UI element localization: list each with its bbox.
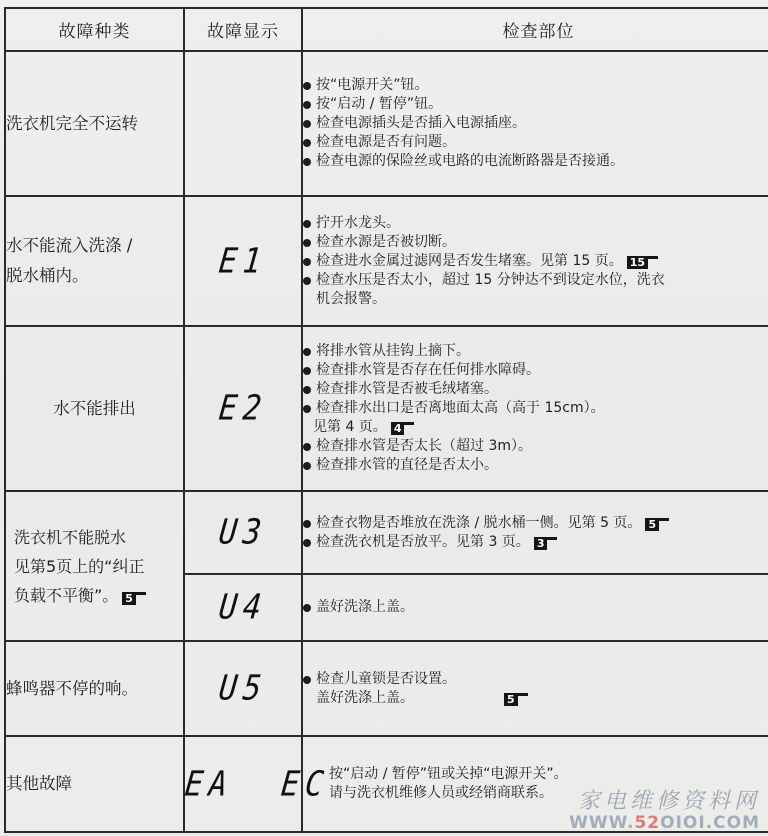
bullet-icon [303, 258, 311, 266]
check-item: 请与洗衣机维修人员或经销商联系。 [329, 784, 768, 803]
fault-code-cell: U4 [184, 574, 302, 641]
fault-type-cell: 其他故障 [5, 736, 184, 832]
check-item: 检查水源是否被切断。 [303, 233, 768, 252]
fault-type-text: 其他故障 [6, 774, 72, 793]
bullet-icon [303, 158, 311, 166]
fault-type-cell: 蜂鸣器不停的响。 [5, 641, 184, 736]
fault-type-text: 见第5页上的“纠正 [14, 552, 183, 581]
header-fault-display: 故障显示 [184, 8, 302, 51]
table-row: 水不能排出 E2 将排水管从挂钩上摘下。 检查排水管是否存在任何排水障碍。 检查… [5, 326, 768, 491]
fault-code: U5 [217, 668, 269, 708]
fault-type-cell: 水不能流入洗涤 / 脱水桶内。 [5, 196, 184, 326]
check-item: 按“启动 / 暂停”钮。 [303, 95, 768, 114]
fault-code-cell: U5 [184, 641, 302, 736]
fault-type-text: 洗衣机不能脱水 [14, 523, 183, 552]
check-item: 检查电源是否有问题。 [303, 133, 768, 152]
fault-code-cell: E2 [184, 326, 302, 491]
page-reference-icon: 4 [391, 422, 405, 435]
table-row: 水不能流入洗涤 / 脱水桶内。 E1 拧开水龙头。 检查水源是否被切断。 检查进… [5, 196, 768, 326]
header-check-points: 检查部位 [302, 8, 768, 51]
bullet-icon [303, 386, 311, 394]
fault-type-cell: 水不能排出 [5, 326, 184, 491]
bullet-icon [303, 239, 311, 247]
bullet-icon [303, 277, 311, 285]
header-fault-type: 故障种类 [5, 8, 184, 51]
bullet-icon [303, 367, 311, 375]
troubleshooting-table: 故障种类 故障显示 检查部位 洗衣机完全不运转 按“电源开关”钮。 按“启动 /… [4, 7, 768, 833]
bullet-icon [303, 120, 311, 128]
bullet-icon [303, 604, 311, 612]
check-item: 将排水管从挂钩上摘下。 [303, 342, 768, 361]
check-points-cell: 按“启动 / 暂停”钮或关掉“电源开关”。 请与洗衣机维修人员或经销商联系。 [302, 736, 768, 832]
bullet-icon [303, 520, 311, 528]
check-points-cell: 盖好洗涤上盖。 [302, 574, 768, 641]
page-reference-icon: 3 [534, 537, 548, 550]
fault-type-cell: 洗衣机不能脱水 见第5页上的“纠正 负载不平衡”。5 [5, 491, 184, 641]
table-row: 洗衣机完全不运转 按“电源开关”钮。 按“启动 / 暂停”钮。 检查电源插头是否… [5, 51, 768, 196]
bullet-icon [303, 405, 311, 413]
check-item: 检查水压是否太小，超过 15 分钟达不到设定水位，洗衣 [303, 271, 768, 290]
check-item-continuation: 见第 4 页。4 [303, 418, 768, 437]
check-item: 检查洗衣机是否放平。见第 3 页。3 [303, 533, 768, 552]
fault-code-cell: U3 [184, 491, 302, 574]
check-item: 检查排水管是否存在任何排水障碍。 [303, 361, 768, 380]
table-row: 其他故障 EA EC 按“启动 / 暂停”钮或关掉“电源开关”。 请与洗衣机维修… [5, 736, 768, 832]
fault-code-cell: EA EC [184, 736, 302, 832]
check-points-cell: 检查儿童锁是否设置。 盖好洗涤上盖。5 [302, 641, 768, 736]
check-item: 检查儿童锁是否设置。 [303, 670, 768, 689]
fault-code-cell [184, 51, 302, 196]
bullet-icon [303, 139, 311, 147]
fault-type-text: 水不能排出 [53, 399, 136, 418]
check-item: 检查排水出口是否离地面太高（高于 15cm）。 [303, 399, 768, 418]
check-item: 检查排水管是否太长（超过 3m）。 [303, 437, 768, 456]
check-points-cell: 将排水管从挂钩上摘下。 检查排水管是否存在任何排水障碍。 检查排水管是否被毛绒堵… [302, 326, 768, 491]
fault-type-cell: 洗衣机完全不运转 [5, 51, 184, 196]
fault-code: E2 [217, 388, 269, 428]
bullet-icon [303, 539, 311, 547]
fault-type-text: 负载不平衡”。5 [14, 581, 183, 610]
page-reference-icon: 5 [122, 592, 136, 605]
check-item: 检查进水金属过滤网是否发生堵塞。见第 15 页。15 [303, 252, 768, 271]
bullet-icon [303, 676, 311, 684]
table-row: 蜂鸣器不停的响。 U5 检查儿童锁是否设置。 盖好洗涤上盖。5 [5, 641, 768, 736]
bullet-icon [303, 462, 311, 470]
bullet-icon [303, 101, 311, 109]
page-reference-icon: 15 [627, 256, 648, 269]
bullet-icon [303, 82, 311, 90]
check-item: 按“启动 / 暂停”钮或关掉“电源开关”。 [329, 765, 768, 784]
fault-code: E1 [217, 241, 269, 281]
check-item: 检查电源的保险丝或电路的电流断路器是否接通。 [303, 152, 768, 171]
check-item-continuation: 盖好洗涤上盖。5 [303, 689, 768, 708]
header-row: 故障种类 故障显示 检查部位 [5, 8, 768, 51]
table-row: 洗衣机不能脱水 见第5页上的“纠正 负载不平衡”。5 U3 检查衣物是否堆放在洗… [5, 491, 768, 574]
fault-type-text: 蜂鸣器不停的响。 [6, 679, 138, 698]
fault-code: U4 [217, 587, 269, 627]
check-points-cell: 按“电源开关”钮。 按“启动 / 暂停”钮。 检查电源插头是否插入电源插座。 检… [302, 51, 768, 196]
bullet-icon [303, 220, 311, 228]
page-reference-icon: 5 [645, 518, 659, 531]
fault-code: U3 [217, 512, 269, 552]
fault-type-text: 水不能流入洗涤 / [6, 231, 183, 261]
check-points-cell: 检查衣物是否堆放在洗涤 / 脱水桶一侧。见第 5 页。5 检查洗衣机是否放平。见… [302, 491, 768, 574]
check-points-cell: 拧开水龙头。 检查水源是否被切断。 检查进水金属过滤网是否发生堵塞。见第 15 … [302, 196, 768, 326]
check-item: 检查电源插头是否插入电源插座。 [303, 114, 768, 133]
fault-code: EA EC [183, 764, 332, 804]
check-item: 检查衣物是否堆放在洗涤 / 脱水桶一侧。见第 5 页。5 [303, 514, 768, 533]
bullet-icon [303, 443, 311, 451]
manual-page: 故障种类 故障显示 检查部位 洗衣机完全不运转 按“电源开关”钮。 按“启动 /… [0, 0, 768, 836]
check-item-continuation: 机会报警。 [303, 290, 768, 309]
fault-type-text: 脱水桶内。 [6, 261, 183, 291]
check-item: 拧开水龙头。 [303, 214, 768, 233]
check-item: 盖好洗涤上盖。 [303, 598, 768, 617]
check-item: 按“电源开关”钮。 [303, 76, 768, 95]
bullet-icon [303, 348, 311, 356]
fault-type-text: 洗衣机完全不运转 [6, 114, 138, 133]
check-item: 检查排水管是否被毛绒堵塞。 [303, 380, 768, 399]
check-item: 检查排水管的直径是否太小。 [303, 456, 768, 475]
fault-code-cell: E1 [184, 196, 302, 326]
page-reference-icon: 5 [504, 693, 518, 706]
